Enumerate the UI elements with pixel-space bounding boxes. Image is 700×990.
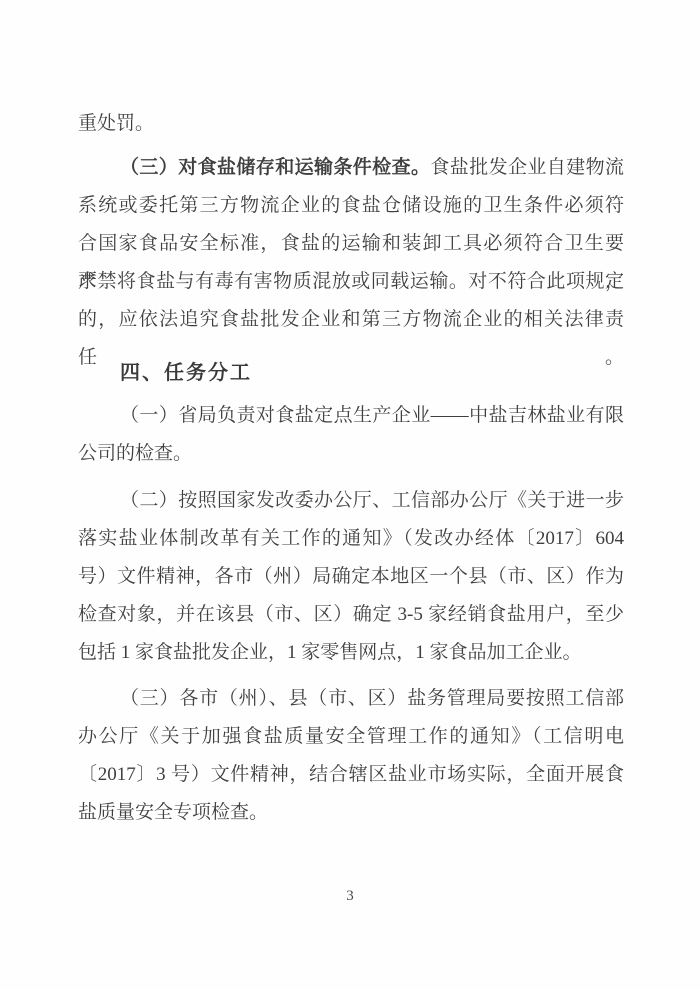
- paragraph-continuation: 重处罚。: [78, 105, 624, 143]
- scanned-document-page: 重处罚。 （三）对食盐储存和运输条件检查。食盐批发企业自建物流 系统或委托第三方…: [0, 0, 700, 990]
- document-line: 号）文件精神，各市（州）局确定本地区一个县（市、区）作为: [78, 558, 624, 596]
- document-line: 严禁将食盐与有毒有害物质混放或同载运输。对不符合此项规定: [78, 263, 624, 301]
- paragraph-item-one: （一）省局负责对食盐定点生产企业——中盐吉林盐业有限 公司的检查。: [78, 397, 624, 473]
- paragraph-item-three: （三）各市（州）、县（市、区）盐务管理局要按照工信部 办公厅《关于加强食盐质量安…: [78, 680, 624, 832]
- document-body: 重处罚。 （三）对食盐储存和运输条件检查。食盐批发企业自建物流 系统或委托第三方…: [78, 105, 624, 832]
- document-line: 系统或委托第三方物流企业的食盐仓储设施的卫生条件必须符: [78, 187, 624, 225]
- document-line: 的，应依法追究食盐批发企业和第三方物流企业的相关法律责任。: [78, 301, 624, 339]
- document-line: （三）对食盐储存和运输条件检查。食盐批发企业自建物流: [78, 149, 624, 187]
- document-line: 重处罚。: [78, 105, 624, 143]
- document-line: （三）各市（州）、县（市、区）盐务管理局要按照工信部: [78, 680, 624, 718]
- document-line: （二）按照国家发改委办公厅、工信部办公厅《关于进一步: [78, 482, 624, 520]
- page-number: 3: [0, 884, 700, 908]
- document-line: 盐质量安全专项检查。: [78, 794, 624, 832]
- document-line: 包括 1 家食盐批发企业，1 家零售网点，1 家食品加工企业。: [78, 634, 624, 672]
- paragraph-lead-rest: 食盐批发企业自建物流: [430, 157, 624, 178]
- document-line: （一）省局负责对食盐定点生产企业——中盐吉林盐业有限: [78, 397, 624, 435]
- paragraph-lead-bold: （三）对食盐储存和运输条件检查。: [120, 157, 430, 178]
- document-line: 〔2017〕3 号）文件精神，结合辖区盐业市场实际，全面开展食: [78, 756, 624, 794]
- document-line: 合国家食品安全标准，食盐的运输和装卸工具必须符合卫生要求，: [78, 225, 624, 263]
- paragraph-storage-transport: （三）对食盐储存和运输条件检查。食盐批发企业自建物流 系统或委托第三方物流企业的…: [78, 149, 624, 339]
- document-line: 办公厅《关于加强食盐质量安全管理工作的通知》（工信明电: [78, 718, 624, 756]
- paragraph-item-two: （二）按照国家发改委办公厅、工信部办公厅《关于进一步 落实盐业体制改革有关工作的…: [78, 482, 624, 672]
- document-line: 检查对象，并在该县（市、区）确定 3-5 家经销食盐用户，至少: [78, 596, 624, 634]
- document-line: 公司的检查。: [78, 435, 624, 473]
- document-line: 落实盐业体制改革有关工作的通知》（发改办经体〔2017〕604: [78, 520, 624, 558]
